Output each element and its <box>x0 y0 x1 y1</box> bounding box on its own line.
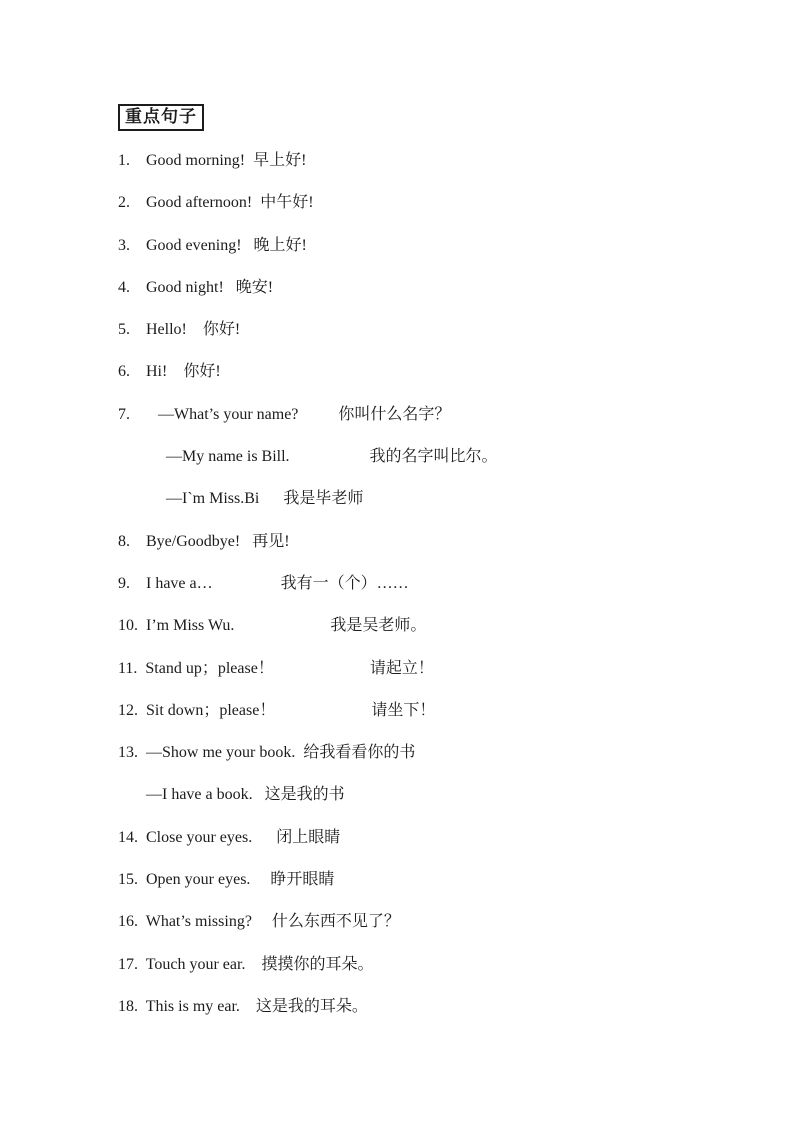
sentence-line-3: 3. Good evening! 晚上好! <box>118 236 718 278</box>
sentence-line-6: 6. Hi! 你好! <box>118 362 718 404</box>
document-page: 重点句子 1. Good morning! 早上好! 2. Good after… <box>118 104 718 1039</box>
sentence-line-10: 10. I’m Miss Wu. 我是吴老师。 <box>118 616 718 658</box>
sentence-line-7-reply-1: —My name is Bill. 我的名字叫比尔。 <box>118 447 718 489</box>
sentence-line-16: 16. What’s missing? 什么东西不见了？ <box>118 912 718 954</box>
sentence-line-1: 1. Good morning! 早上好! <box>118 151 718 193</box>
sentence-line-2: 2. Good afternoon! 中午好! <box>118 193 718 235</box>
sentence-line-13: 13. —Show me your book. 给我看看你的书 <box>118 743 718 785</box>
sentence-line-7: 7. —What’s your name? 你叫什么名字？ <box>118 405 718 447</box>
sentence-line-5: 5. Hello! 你好! <box>118 320 718 362</box>
sentence-line-4: 4. Good night! 晚安! <box>118 278 718 320</box>
sentence-line-15: 15. Open your eyes. 睁开眼睛 <box>118 870 718 912</box>
sentence-line-17: 17. Touch your ear. 摸摸你的耳朵。 <box>118 955 718 997</box>
section-heading: 重点句子 <box>118 104 204 131</box>
sentence-line-11: 11. Stand up；please！ 请起立！ <box>118 659 718 701</box>
sentence-line-14: 14. Close your eyes. 闭上眼睛 <box>118 828 718 870</box>
sentence-line-8: 8. Bye/Goodbye! 再见! <box>118 532 718 574</box>
sentence-line-18: 18. This is my ear. 这是我的耳朵。 <box>118 997 718 1039</box>
sentence-line-9: 9. I have a… 我有一（个）…… <box>118 574 718 616</box>
sentence-line-12: 12. Sit down；please！ 请坐下！ <box>118 701 718 743</box>
sentence-line-7-reply-2: —I`m Miss.Bi 我是毕老师 <box>118 489 718 531</box>
sentence-line-13-reply: —I have a book. 这是我的书 <box>118 785 718 827</box>
sentence-list: 1. Good morning! 早上好! 2. Good afternoon!… <box>118 151 718 1039</box>
